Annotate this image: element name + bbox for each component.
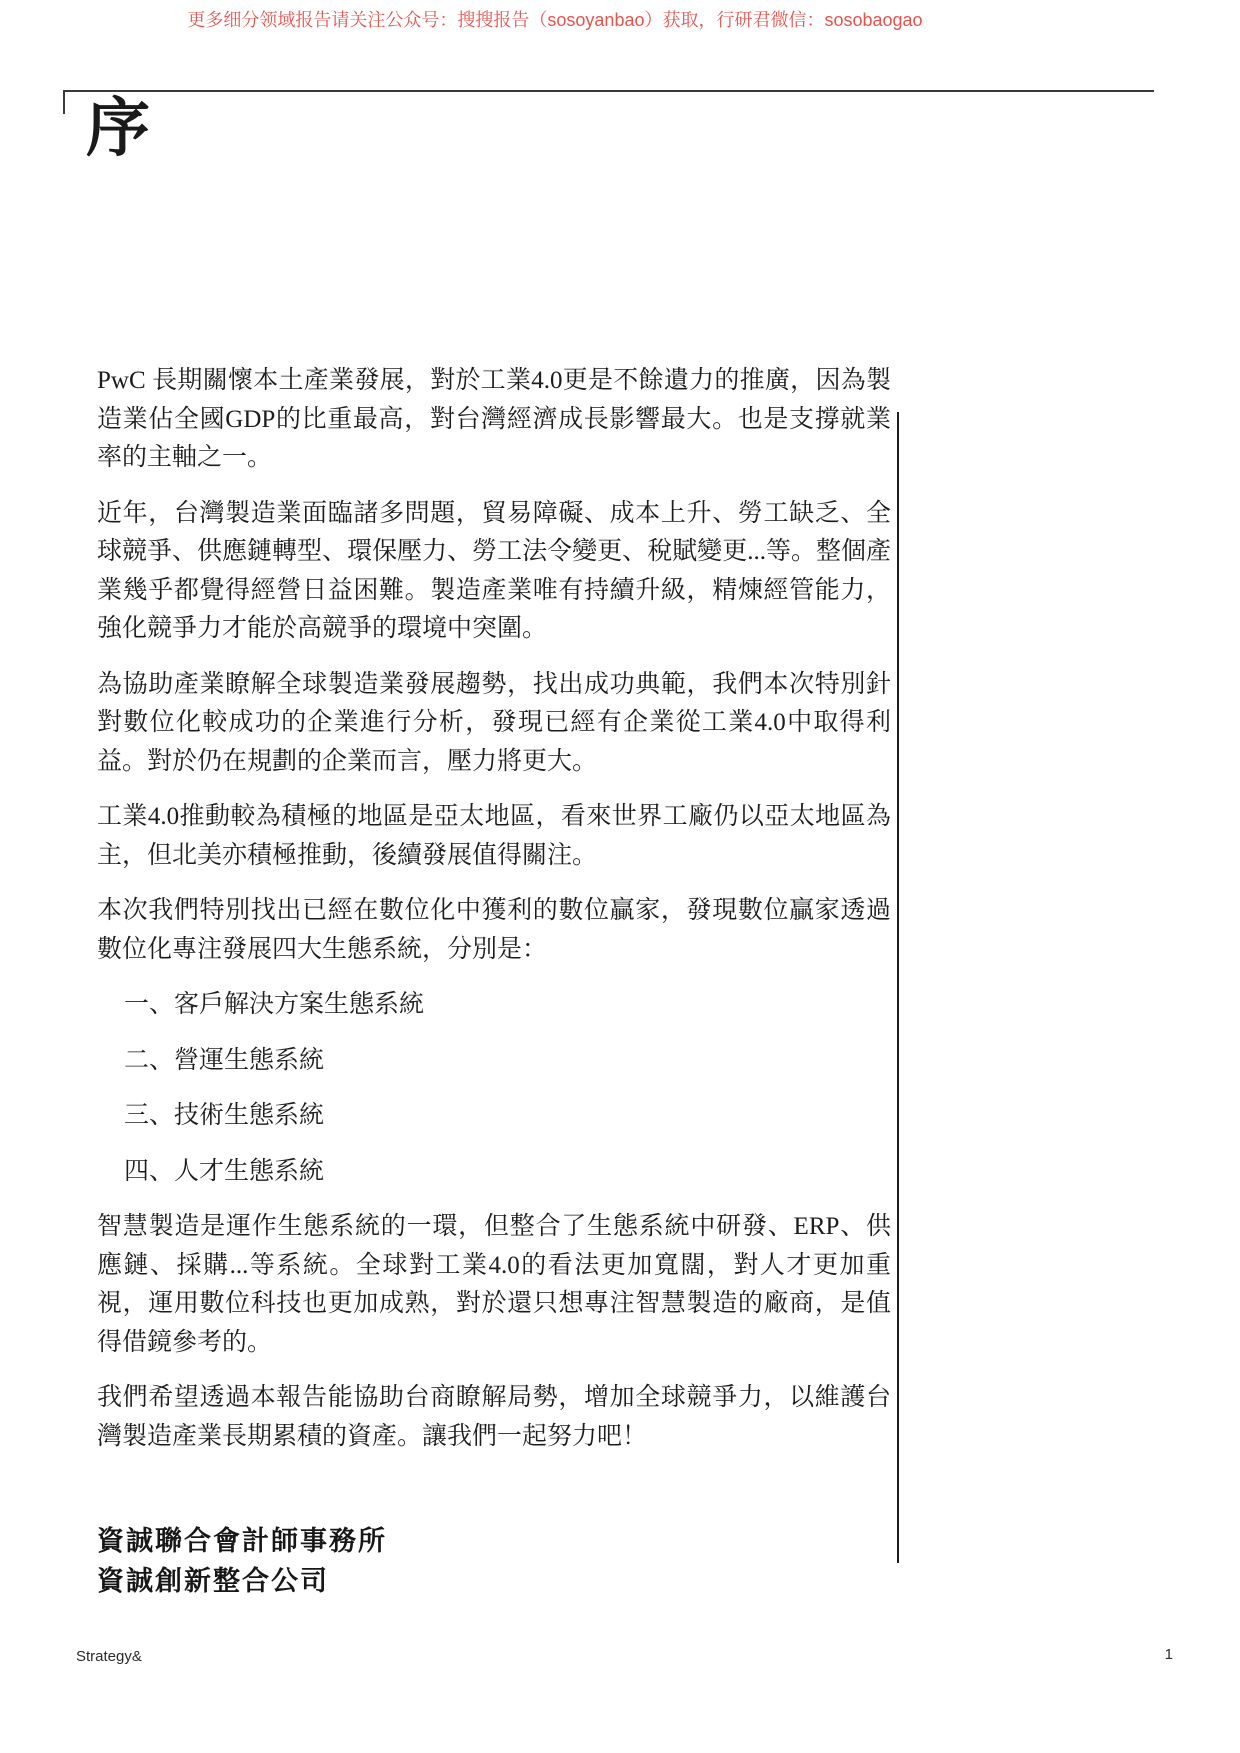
list-item-customer-solutions: 一、客戶解決方案生態系統 <box>97 986 891 1025</box>
paragraph-2: 近年，台灣製造業面臨諸多問題，貿易障礙、成本上升、勞工缺乏、全球競爭、供應鏈轉型… <box>97 495 891 649</box>
signature-line-firm: 資誠聯合會計師事務所 <box>97 1521 891 1561</box>
signature-line-company: 資誠創新整合公司 <box>97 1561 891 1601</box>
paragraph-6: 智慧製造是運作生態系統的一環，但整合了生態系統中研發、ERP、供應鏈、採購...… <box>97 1208 891 1362</box>
page-title: 序 <box>86 94 150 164</box>
list-item-technology: 三、技術生態系統 <box>97 1097 891 1136</box>
footer-page-number: 1 <box>1165 1646 1173 1663</box>
signature-block: 資誠聯合會計師事務所 資誠創新整合公司 <box>97 1521 891 1601</box>
list-item-talent: 四、人才生態系統 <box>97 1153 891 1192</box>
paragraph-4: 工業4.0推動較為積極的地區是亞太地區，看來世界工廠仍以亞太地區為主，但北美亦積… <box>97 798 891 875</box>
corner-bracket-tick <box>63 90 65 114</box>
footer-brand: Strategy& <box>76 1648 142 1665</box>
paragraph-7: 我們希望透過本報告能協助台商瞭解局勢，增加全球競爭力，以維護台灣製造產業長期累積… <box>97 1379 891 1456</box>
top-rule-divider <box>63 90 1154 92</box>
paragraph-3: 為協助產業瞭解全球製造業發展趨勢，找出成功典範，我們本次特別針對數位化較成功的企… <box>97 666 891 782</box>
paragraph-5: 本次我們特別找出已經在數位化中獲利的數位贏家，發現數位贏家透過數位化專注發展四大… <box>97 892 891 969</box>
right-rule-divider <box>897 412 899 1563</box>
body-text-column: PwC 長期關懷本土產業發展，對於工業4.0更是不餘遺力的推廣，因為製造業佔全國… <box>97 362 891 1601</box>
paragraph-1: PwC 長期關懷本土產業發展，對於工業4.0更是不餘遺力的推廣，因為製造業佔全國… <box>97 362 891 478</box>
list-item-operations: 二、營運生態系統 <box>97 1042 891 1081</box>
promo-banner: 更多细分领域报告请关注公众号：搜搜报告（sosoyanbao）获取，行研君微信：… <box>0 6 1110 32</box>
